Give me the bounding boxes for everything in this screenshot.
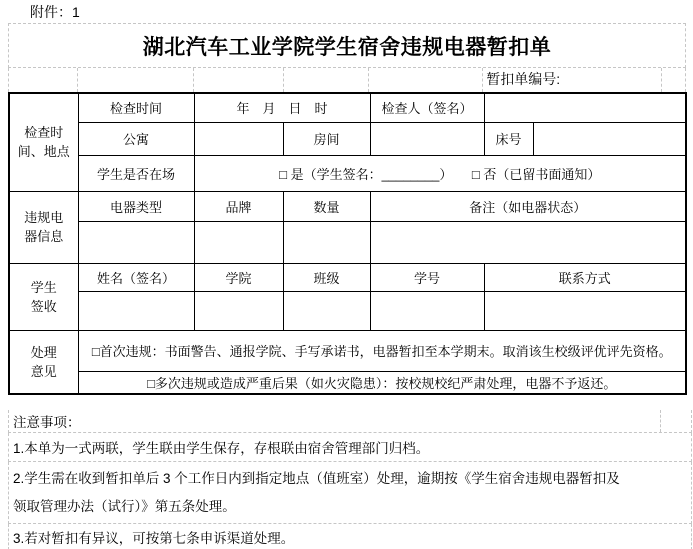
- serial-number-label: 暂扣单编号:: [483, 71, 560, 87]
- grid-cell: [369, 68, 483, 92]
- table-row: □多次违规或造成严重后果（如火灾隐患）：按校规校纪严肃处理，电器不予返还。: [9, 371, 686, 394]
- grid-cell: [78, 68, 194, 92]
- table-row: 学生 签收 姓名（签名） 学院 班级 学号 联系方式: [9, 263, 686, 291]
- bed-value-cell: [533, 122, 686, 155]
- apartment-label: 公寓: [78, 122, 194, 155]
- grid-cell: [9, 68, 78, 92]
- note-item-1: 1.本单为一式两联，学生联由学生保存，存根联由宿舍管理部门归档。: [8, 433, 692, 462]
- section-inspection-label: 检查时 间、地点: [9, 93, 78, 191]
- notes-section: 注意事项： 1.本单为一式两联，学生联由学生保存，存根联由宿舍管理部门归档。 2…: [8, 410, 692, 549]
- inspector-value-cell: [484, 93, 686, 122]
- appliance-type-value-cell: [78, 221, 194, 263]
- student-college-value-cell: [194, 291, 283, 330]
- section-appliance-label: 违规电 器信息: [9, 191, 78, 263]
- student-present-label: 学生是否在场: [78, 155, 194, 191]
- appliance-quantity-label: 数量: [283, 191, 370, 221]
- student-id-label: 学号: [370, 263, 484, 291]
- table-row: 处理 意见 □首次违规：书面警告、通报学院、手写承诺书，电器暂扣至本学期末。取消…: [9, 330, 686, 371]
- student-name-value-cell: [78, 291, 194, 330]
- notes-heading: 注意事项：: [9, 410, 661, 432]
- table-row: 公寓 房间 床号: [9, 122, 686, 155]
- student-present-options: □ 是（学生签名：________） □ 否（已留书面通知）: [194, 155, 686, 191]
- handling-first-violation-option: □首次违规：书面警告、通报学院、手写承诺书，电器暂扣至本学期末。取消该生校级评优…: [78, 330, 686, 371]
- appliance-brand-label: 品牌: [194, 191, 283, 221]
- appliance-brand-value-cell: [194, 221, 283, 263]
- check-time-value: 年 月 日 时: [194, 93, 370, 122]
- appliance-type-label: 电器类型: [78, 191, 194, 221]
- grid-cell: [284, 68, 370, 92]
- serial-number-label-cell: 暂扣单编号:: [483, 68, 662, 92]
- form-table: 检查时 间、地点 检查时间 年 月 日 时 检查人（签名） 公寓 房间 床号 学…: [8, 92, 687, 395]
- table-row: 违规电 器信息 电器类型 品牌 数量 备注（如电器状态）: [9, 191, 686, 221]
- student-name-label: 姓名（签名）: [78, 263, 194, 291]
- inspector-label: 检查人（签名）: [370, 93, 484, 122]
- note-item-3: 3.若对暂扣有异议，可按第七条申诉渠道处理。: [8, 524, 692, 549]
- student-contact-label: 联系方式: [484, 263, 686, 291]
- appliance-remark-label: 备注（如电器状态）: [370, 191, 686, 221]
- table-row: 检查时 间、地点 检查时间 年 月 日 时 检查人（签名）: [9, 93, 686, 122]
- notes-heading-row: 注意事项：: [8, 410, 692, 433]
- appliance-quantity-value-cell: [283, 221, 370, 263]
- student-class-label: 班级: [283, 263, 370, 291]
- room-value-cell: [370, 122, 484, 155]
- attachment-label: 附件：1: [30, 3, 80, 21]
- note-item-2-line-2: 领取管理办法（试行）》第五条处理。: [13, 493, 236, 521]
- bed-label: 床号: [484, 122, 533, 155]
- table-row: 学生是否在场 □ 是（学生签名：________） □ 否（已留书面通知）: [9, 155, 686, 191]
- table-row: [9, 291, 686, 330]
- student-college-label: 学院: [194, 263, 283, 291]
- serial-number-row: 暂扣单编号:: [8, 68, 686, 92]
- apartment-value-cell: [194, 122, 283, 155]
- note-item-2-line-1: 2.学生需在收到暂扣单后 3 个工作日内到指定地点（值班室）处理，逾期按《学生宿…: [13, 465, 620, 493]
- title-block: 湖北汽车工业学院学生宿舍违规电器暂扣单: [8, 23, 686, 68]
- room-label: 房间: [283, 122, 370, 155]
- appliance-remark-value-cell: [370, 221, 686, 263]
- grid-cell: [194, 68, 284, 92]
- note-item-2: 2.学生需在收到暂扣单后 3 个工作日内到指定地点（值班室）处理，逾期按《学生宿…: [8, 462, 692, 524]
- grid-cell: [661, 410, 691, 432]
- handling-repeat-violation-option: □多次违规或造成严重后果（如火灾隐患）：按校规校纪严肃处理，电器不予返还。: [78, 371, 686, 394]
- confiscation-form-page: 附件：1 湖北汽车工业学院学生宿舍违规电器暂扣单 暂扣单编号: 检查时 间、地点…: [0, 0, 693, 549]
- table-row: [9, 221, 686, 263]
- section-student-sign-label: 学生 签收: [9, 263, 78, 330]
- check-time-label: 检查时间: [78, 93, 194, 122]
- form-title: 湖北汽车工业学院学生宿舍违规电器暂扣单: [143, 31, 552, 61]
- student-contact-value-cell: [484, 291, 686, 330]
- section-handling-label: 处理 意见: [9, 330, 78, 394]
- student-id-value-cell: [370, 291, 484, 330]
- grid-cell: [662, 68, 686, 92]
- student-class-value-cell: [283, 291, 370, 330]
